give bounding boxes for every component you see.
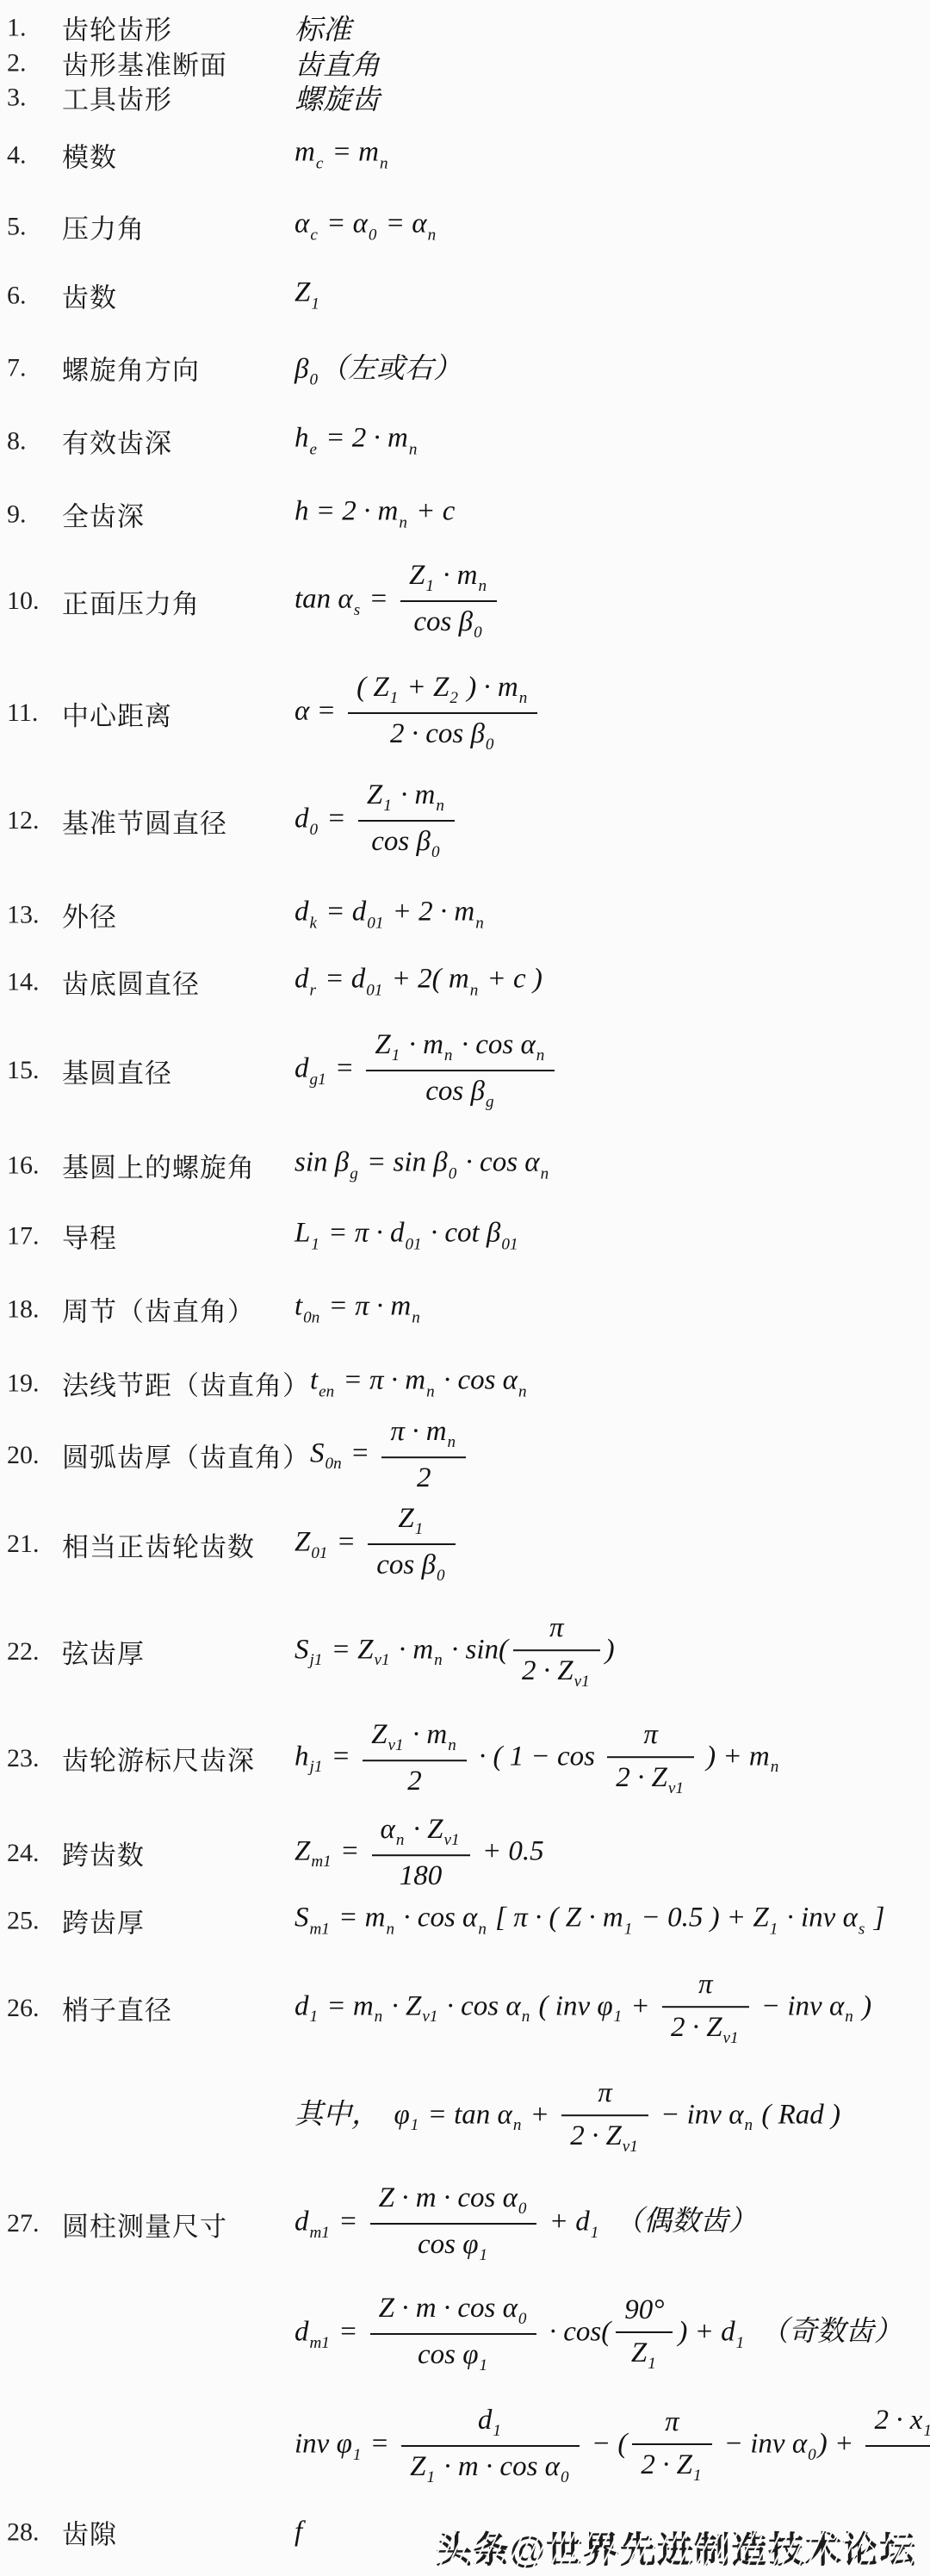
formula-text: · m [406, 1719, 448, 1750]
formula-text: 2 · x [874, 2405, 922, 2436]
fraction: Z · m · cos α0cos φ1 [370, 2292, 537, 2376]
fraction-numerator: π [662, 1968, 749, 2008]
item-label: 基准节圆直径 [62, 802, 294, 841]
formula-text: − inv α [754, 1991, 845, 2022]
formula-text: = Z [324, 1635, 373, 1666]
formula-row: 4.模数mc = mn [0, 136, 930, 175]
formula-text: cos β [425, 1076, 485, 1107]
formula-text: 2 · cos β [390, 718, 485, 749]
formula-text: π [643, 1719, 658, 1750]
formula-text: + d [542, 2207, 589, 2238]
formula-text: f [294, 2517, 302, 2548]
formula-text: Z [409, 560, 425, 591]
formula-subscript: 1 [736, 2334, 745, 2352]
formula-text: = tan α [420, 2100, 512, 2131]
formula-text: − inv α [654, 2100, 744, 2131]
formula-subscript: m1 [310, 2334, 330, 2352]
formula-text: α = [294, 696, 343, 727]
fraction: 2 · x1 · tan α0Z1 [865, 2404, 930, 2488]
fraction-numerator: 90° [616, 2294, 673, 2333]
formula-text: cos φ [418, 2339, 479, 2370]
formula-subscript: n [845, 2008, 853, 2027]
formula-subscript: 0 [561, 2468, 569, 2486]
formula-text: d [294, 897, 309, 928]
fraction-numerator: Z1 · mn [358, 779, 455, 822]
formula-text: ) [855, 1991, 871, 2022]
formula-subscript: n [470, 981, 479, 999]
formula-subscript: v1 [388, 1736, 404, 1754]
formula-text: Z · m · cos α [379, 2293, 518, 2324]
formula-subscript: n [396, 1831, 405, 1849]
formula-subscript: m1 [311, 1853, 331, 1871]
formula-text: 2 · Z [616, 1762, 667, 1793]
formula-subscript: 0 [808, 2446, 816, 2464]
formula-text: = [363, 2429, 396, 2460]
fraction-numerator: αn · Zv1 [372, 1813, 470, 1856]
formula-subscript: n [513, 2117, 522, 2135]
item-number: 24. [0, 1839, 62, 1868]
formula-subscript: 0 [474, 624, 482, 642]
fraction-numerator: d1 [401, 2404, 579, 2447]
formula-text: · m [394, 779, 436, 810]
item-number: 12. [0, 806, 62, 835]
formula-text: 螺旋齿 [294, 85, 380, 116]
formula-text: h [294, 423, 309, 454]
formula-text: β [294, 353, 308, 384]
item-label: 圆柱测量尺寸 [62, 2205, 294, 2244]
formula-text: = d [318, 964, 365, 995]
formula-text: d [294, 1053, 309, 1084]
formula-row: 17.导程L1 = π · d01 · cot β01 [0, 1217, 930, 1256]
formula-text: − ( [585, 2429, 628, 2460]
fraction-numerator: Z · m · cos α0 [370, 2292, 537, 2335]
formula-subscript: v1 [623, 2138, 638, 2156]
formula-text: · inv α [779, 1903, 858, 1934]
formula-text: π [598, 2077, 612, 2108]
item-number: 6. [0, 281, 62, 310]
formula-text: ) + d [678, 2317, 735, 2348]
formula-subscript: 01 [405, 1235, 421, 1253]
fraction: Z · m · cos α0cos φ1 [370, 2182, 537, 2266]
item-number: 1. [0, 13, 62, 42]
formula-subscript: 0 [309, 371, 318, 389]
formula-text: cos β [413, 606, 473, 637]
formula-subscript: n [448, 1736, 456, 1754]
item-formula: h = 2 · mn + c [294, 496, 930, 532]
formula-subscript: 1 [353, 2446, 362, 2464]
formula-subscript: 1 [390, 689, 399, 707]
formula-text: L [294, 1218, 310, 1249]
formula-text: + c ) [480, 964, 542, 995]
formula-subscript: c [310, 226, 318, 244]
formula-subscript: n [745, 2117, 753, 2135]
formula-row: 9.全齿深h = 2 · mn + c [0, 495, 930, 534]
formula-subscript: n [428, 226, 437, 244]
formula-row: 7.螺旋角方向β0（左或右） [0, 345, 930, 389]
item-formula: mc = mn [294, 137, 930, 173]
formula-text: π · m [390, 1416, 446, 1447]
formula-subscript: 1 [693, 2467, 702, 2485]
item-label: 压力角 [62, 208, 294, 246]
formula-subscript: 1 [310, 2008, 319, 2027]
item-number: 7. [0, 353, 62, 382]
formula-text: 2 · Z [671, 2012, 722, 2043]
fraction: π · mn2 [381, 1415, 466, 1496]
formula-row: 5.压力角αc = α0 = αn [0, 208, 930, 246]
item-formula: β0（左或右） [294, 345, 930, 389]
item-formula: tan αs = Z1 · mncos β0 [294, 559, 930, 643]
fraction-denominator: cos β0 [358, 822, 455, 863]
formula-subscript: v1 [375, 1652, 390, 1670]
item-formula: hj1 = Zv1 · mn2 · ( 1 − cos π2 · Zv1 ) +… [294, 1718, 930, 1799]
item-label: 齿底圆直径 [62, 963, 294, 1002]
formula-text: Z [294, 277, 310, 308]
item-label: 基圆直径 [62, 1052, 294, 1090]
formula-text: = [332, 2317, 365, 2348]
formula-row: 22.弦齿厚Sj1 = Zv1 · mn · sin(π2 · Zv1) [0, 1611, 930, 1692]
formula-row: 11.中心距离α = ( Z1 + Z2 ) · mn2 · cos β0 [0, 671, 930, 755]
formula-text: Z [398, 1503, 413, 1534]
item-label: 法线节距（齿直角） [62, 1364, 310, 1403]
formula-row: 19.法线节距（齿直角）ten = π · mn · cos αn [0, 1364, 930, 1403]
item-formula: Z1 [294, 277, 930, 313]
formula-subscript: v1 [444, 1831, 460, 1849]
formula-subscript: 1 [311, 1235, 319, 1253]
item-formula: d1 = mn · Zv1 · cos αn ( inv φ1 + π2 · Z… [294, 1968, 930, 2049]
formula-text: cos φ [418, 2229, 479, 2260]
fraction-numerator: 2 · x1 · tan α0 [865, 2404, 930, 2447]
formula-text: [ π · ( Z · m [488, 1903, 623, 1934]
item-label: 外径 [62, 896, 294, 934]
item-formula: αc = α0 = αn [294, 208, 930, 245]
formula-row: 20.圆弧齿厚（齿直角）S0n = π · mn2 [0, 1415, 930, 1496]
item-formula: inv φ1 = d1Z1 · m · cos α0 − (π2 · Z1 − … [294, 2404, 930, 2488]
item-number: 19. [0, 1369, 62, 1398]
formula-text: ) [605, 1635, 615, 1666]
formula-subscript: 01 [366, 981, 382, 999]
item-number: 3. [0, 83, 62, 112]
formula-text: = [328, 1053, 362, 1084]
formula-subscript: s [354, 601, 360, 619]
fraction-denominator: 2 · Zv1 [662, 2008, 749, 2049]
formula-subscript: n [518, 1382, 527, 1400]
item-label: 齿轮游标尺齿深 [62, 1740, 294, 1778]
formula-text: S [294, 1903, 309, 1934]
item-label: 螺旋角方向 [62, 349, 294, 388]
formula-subscript: j1 [310, 1759, 323, 1777]
formula-text: sin β [294, 1147, 349, 1178]
formula-row: 27.圆柱测量尺寸dm1 = Z · m · cos α0cos φ1 + d1… [0, 2182, 930, 2266]
formula-subscript: 0 [437, 1567, 445, 1585]
formula-text: S [310, 1438, 325, 1469]
item-formula: S0n = π · mn2 [310, 1415, 930, 1496]
formula-text: d [294, 804, 309, 835]
formula-text: + 0.5 [475, 1836, 544, 1867]
item-label: 基圆上的螺旋角 [62, 1146, 294, 1185]
formula-text: ] [866, 1903, 884, 1934]
item-number: 15. [0, 1056, 62, 1085]
item-number: 28. [0, 2517, 62, 2547]
fraction-denominator: cos β0 [400, 602, 497, 643]
formula-text: = [344, 1438, 377, 1469]
formula-subscript: 1 [311, 295, 319, 313]
fraction-denominator: 180 [372, 1856, 470, 1894]
formula-subscript: 0n [303, 1308, 319, 1326]
formula-subscript: g [486, 1093, 494, 1111]
formula-text: = d [319, 897, 366, 928]
formula-row: 10.正面压力角tan αs = Z1 · mncos β0 [0, 559, 930, 643]
fraction-numerator: π [513, 1611, 600, 1651]
fraction: Z1cos β0 [368, 1502, 455, 1586]
formula-subscript: m1 [310, 2224, 330, 2242]
formula-subscript: 0 [310, 821, 319, 839]
item-number: 23. [0, 1744, 62, 1773]
formula-text: 2 · Z [570, 2120, 622, 2151]
formula-subscript: j1 [310, 1652, 323, 1670]
formula-subscript: n [444, 1046, 453, 1065]
formula-text: m [294, 137, 315, 168]
formula-subscript: 1 [427, 2468, 436, 2486]
formula-text: · cos α [454, 1029, 535, 1060]
formula-text: cos β [371, 826, 431, 857]
formula-text: h = 2 · m [294, 496, 398, 527]
formula-text: · sin( [444, 1635, 508, 1666]
formula-subscript: 01 [367, 914, 383, 932]
formula-text: Z [294, 1836, 310, 1867]
formula-text: = [362, 584, 395, 615]
formula-text: ( Z [356, 672, 389, 703]
formula-text: t [294, 1291, 302, 1322]
formula-text: · Z [384, 1991, 421, 2022]
formula-subscript: 01 [501, 1235, 518, 1253]
formula-text: + [523, 2100, 556, 2131]
formula-subscript: 0 [431, 843, 440, 861]
formula-subscript: 01 [311, 1544, 327, 1562]
formula-subscript: g1 [310, 1071, 326, 1089]
formula-text: + 2( m [384, 964, 468, 995]
formula-subscript: s [859, 1920, 865, 1938]
formula-subscript: n [478, 1920, 487, 1938]
item-formula: 其中， φ1 = tan αn + π2 · Zv1 − inv αn ( Ra… [294, 2076, 930, 2157]
formula-subscript: 1 [383, 797, 392, 815]
item-label: 梢子直径 [62, 1989, 294, 2028]
formula-text: = π · m [336, 1365, 425, 1396]
formula-subscript: 1 [392, 1046, 400, 1065]
fraction: π2 · Zv1 [662, 1968, 749, 2049]
item-number: 4. [0, 140, 62, 170]
formula-subscript: 1 [624, 1920, 633, 1938]
formula-row: 1.齿轮齿形标准 [0, 8, 930, 48]
formula-text: α [294, 208, 309, 239]
item-formula: dr = d01 + 2( mn + c ) [294, 964, 930, 1000]
formula-text: 2 · Z [641, 2449, 692, 2480]
fraction-numerator: Z1 · mn · cos αn [366, 1028, 555, 1071]
formula-text: = m [319, 1991, 374, 2022]
formula-text: d [294, 1991, 309, 2022]
formula-text: ) + [818, 2429, 861, 2460]
item-number: 14. [0, 967, 62, 996]
fraction: d1Z1 · m · cos α0 [401, 2404, 579, 2488]
fraction-denominator: 2 · Zv1 [607, 1758, 694, 1799]
formula-subscript: 0 [449, 1164, 457, 1182]
formula-subscript: n [475, 914, 484, 932]
formula-row: 25.跨齿厚Sm1 = mn · cos αn [ π · ( Z · m1 −… [0, 1902, 930, 1940]
formula-text: = π · d [321, 1218, 405, 1249]
item-number: 13. [0, 900, 62, 929]
formula-text: = π · m [321, 1291, 411, 1322]
formula-text: t [310, 1365, 318, 1396]
item-label: 周节（齿直角） [62, 1290, 294, 1329]
item-label: 全齿深 [62, 495, 294, 534]
item-formula: L1 = π · d01 · cot β01 [294, 1218, 930, 1254]
item-number: 20. [0, 1441, 62, 1470]
formula-text: 180 [400, 1860, 443, 1891]
formula-subscript: n [436, 797, 444, 815]
fraction-numerator: Zv1 · mn [363, 1718, 467, 1761]
formula-text: = [329, 1527, 363, 1558]
formula-text: · cos α [439, 1991, 520, 2022]
formula-text: · cos α [458, 1147, 539, 1178]
item-label: 齿数 [62, 276, 294, 315]
formula-row: 16.基圆上的螺旋角sin βg = sin β0 · cos αn [0, 1146, 930, 1185]
formula-row: 6.齿数Z1 [0, 276, 930, 315]
formula-row: 21.相当正齿轮齿数Z01 = Z1cos β0 [0, 1502, 930, 1586]
fraction-numerator: π [607, 1718, 694, 1758]
fraction-numerator: ( Z1 + Z2 ) · mn [348, 671, 537, 714]
formula-subscript: 0 [486, 736, 494, 754]
formula-subscript: 1 [614, 2008, 623, 2027]
document-page: 头条@世界先进制造技术论坛 1.齿轮齿形标准2.齿形基准断面齿直角3.工具齿形螺… [0, 0, 930, 2576]
formula-text: + c [409, 496, 455, 527]
formula-text: （奇数齿） [746, 2317, 902, 2348]
item-number: 18. [0, 1294, 62, 1324]
item-formula: he = 2 · mn [294, 423, 930, 459]
formula-text: + Z [400, 672, 449, 703]
item-number: 25. [0, 1906, 62, 1935]
fraction: Zv1 · mn2 [363, 1718, 467, 1799]
formula-subscript: n [412, 1308, 420, 1326]
formula-text: Z [410, 2451, 425, 2482]
formula-text: tan α [294, 584, 353, 615]
fraction: Z1 · mncos β0 [358, 779, 455, 863]
fraction-denominator: cos φ1 [370, 2335, 537, 2376]
formula-text: · cos( [542, 2317, 611, 2348]
formula-row: 其中， φ1 = tan αn + π2 · Zv1 − inv αn ( Ra… [0, 2076, 930, 2157]
formula-subscript: 1 [591, 2224, 599, 2242]
fraction-numerator: Z1 [368, 1502, 455, 1545]
formula-subscript: n [519, 689, 528, 707]
formula-text: 标准 [294, 16, 351, 47]
formula-row: 18.周节（齿直角）t0n = π · mn [0, 1290, 930, 1329]
fraction-denominator: Z1 [616, 2333, 673, 2374]
fraction: π2 · Zv1 [513, 1611, 600, 1692]
formula-text: cos β [376, 1549, 436, 1580]
formula-text: π [665, 2406, 679, 2437]
formula-text: Z [294, 1527, 310, 1558]
formula-row: 13.外径dk = d01 + 2 · mn [0, 896, 930, 934]
fraction-numerator: Z1 · mn [400, 559, 497, 602]
formula-row: 3.工具齿形螺旋齿 [0, 78, 930, 118]
formula-text: − inv α [717, 2429, 808, 2460]
formula-row: 24.跨齿数Zm1 = αn · Zv1180 + 0.5 [0, 1813, 930, 1894]
formula-subscript: 1 [425, 577, 434, 595]
item-label: 跨齿数 [62, 1834, 294, 1873]
formula-subscript: n [522, 2008, 530, 2027]
item-label: 跨齿厚 [62, 1902, 294, 1940]
fraction: αn · Zv1180 [372, 1813, 470, 1894]
formula-text: ( inv φ [531, 1991, 612, 2022]
formula-text: Z [631, 2337, 647, 2368]
formula-row: 26.梢子直径d1 = mn · Zv1 · cos αn ( inv φ1 +… [0, 1968, 930, 2049]
fraction: π2 · Z1 [632, 2405, 711, 2486]
item-label: 中心距离 [62, 694, 294, 733]
item-number: 21. [0, 1530, 62, 1559]
formula-subscript: n [426, 1382, 435, 1400]
formula-subscript: n [399, 513, 407, 531]
formula-subscript: n [380, 154, 388, 172]
item-label: 相当正齿轮齿数 [62, 1525, 294, 1564]
formula-subscript: n [448, 1433, 456, 1451]
formula-text: · cos α [437, 1365, 518, 1396]
formula-row: 8.有效齿深he = 2 · mn [0, 422, 930, 461]
item-formula: t0n = π · mn [294, 1291, 930, 1327]
fraction-denominator: 2 · Zv1 [513, 1651, 600, 1692]
fraction-denominator: cos βg [366, 1071, 555, 1113]
formula-subscript: m1 [310, 1920, 330, 1938]
formula-text: d [294, 964, 309, 995]
formula-subscript: 1 [770, 1920, 778, 1938]
formula-subscript: n [771, 1759, 779, 1777]
fraction-denominator: 2 · Z1 [632, 2445, 711, 2486]
item-label: 弦齿厚 [62, 1633, 294, 1672]
formula-text: · Z [406, 1814, 443, 1845]
formula-text: · cos α [396, 1903, 477, 1934]
formula-text: d [294, 2207, 309, 2238]
formula-text: ) · m [460, 672, 518, 703]
item-number: 22. [0, 1637, 62, 1667]
formula-subscript: 1 [923, 2422, 930, 2440]
item-label: 齿隙 [62, 2513, 294, 2552]
formula-text: inv φ [294, 2429, 352, 2460]
fraction: Z1 · mn · cos αncos βg [366, 1028, 555, 1113]
formula-subscript: k [310, 914, 318, 932]
formula-subscript: 1 [480, 2356, 488, 2374]
formula-row: 12.基准节圆直径d0 = Z1 · mncos β0 [0, 779, 930, 863]
item-formula: sin βg = sin β0 · cos αn [294, 1147, 930, 1183]
formula-subscript: v1 [723, 2029, 739, 2047]
formula-text: 其中， φ [294, 2100, 410, 2131]
formula-subscript: n [375, 2008, 383, 2027]
fraction-numerator: Z · m · cos α0 [370, 2182, 537, 2225]
formula-subscript: v1 [668, 1779, 684, 1797]
formula-text: ( Rad ) [754, 2100, 840, 2131]
fraction: π2 · Zv1 [561, 2076, 648, 2157]
item-formula: 螺旋齿 [294, 78, 930, 118]
formula-row: 14.齿底圆直径dr = d01 + 2( mn + c ) [0, 963, 930, 1002]
item-number: 27. [0, 2209, 62, 2238]
fraction-numerator: π · mn [381, 1415, 466, 1458]
fraction-denominator: Z1 [865, 2447, 930, 2488]
formula-text: · m [436, 560, 478, 591]
formula-text: + 2 · m [385, 897, 474, 928]
fraction: 90°Z1 [616, 2294, 673, 2374]
formula-text: + [623, 1991, 657, 2022]
item-number: 8. [0, 426, 62, 456]
fraction-denominator: 2 [381, 1458, 466, 1496]
formula-row: 28.齿隙f [0, 2513, 930, 2552]
formula-text: π [698, 1969, 713, 2000]
item-label: 齿轮齿形 [62, 9, 294, 47]
